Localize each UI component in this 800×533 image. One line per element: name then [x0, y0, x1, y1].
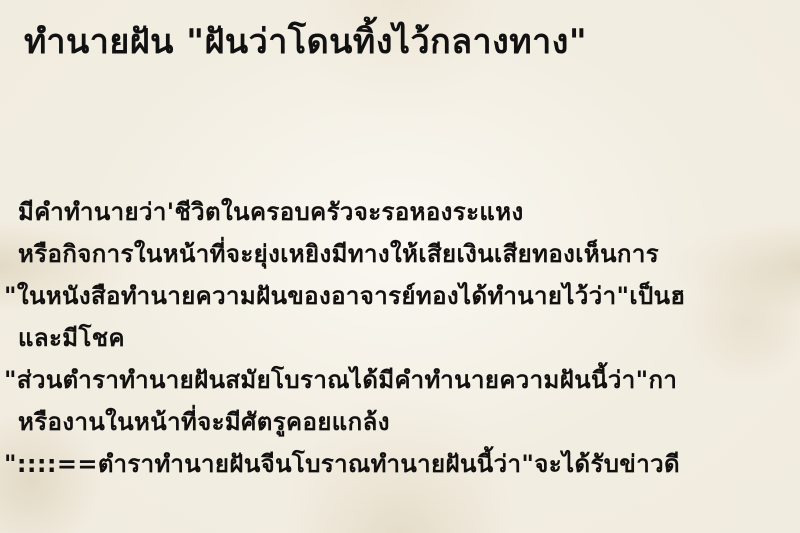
dream-interpretation-page: ทำนายฝัน "ฝันว่าโดนทิ้งไว้กลางทาง" มีคำท… [0, 0, 800, 533]
text-line-2: หรือกิจการในหน้าที่จะยุ่งเหยิงมีทางให้เส… [18, 236, 659, 272]
text-line-5: "ส่วนตำราทำนายฝันสมัยโบราณได้มีคำทำนายคว… [4, 362, 677, 398]
page-title: ทำนายฝัน "ฝันว่าโดนทิ้งไว้กลางทาง" [24, 14, 587, 70]
text-line-3: "ในหนังสือทำนายความฝันของอาจารย์ทองได้ทำ… [4, 278, 685, 314]
text-line-4: และมีโชค [18, 320, 125, 356]
text-line-1: มีคำทำนายว่า'ชีวิตในครอบครัวจะรอหองระแหง [18, 194, 524, 230]
text-line-6: หรืองานในหน้าที่จะมีศัตรูคอยแกล้ง [18, 404, 390, 440]
text-line-7: "::::==ตำราทำนายฝันจีนโบราณทำนายฝันนี้ว่… [4, 446, 680, 482]
